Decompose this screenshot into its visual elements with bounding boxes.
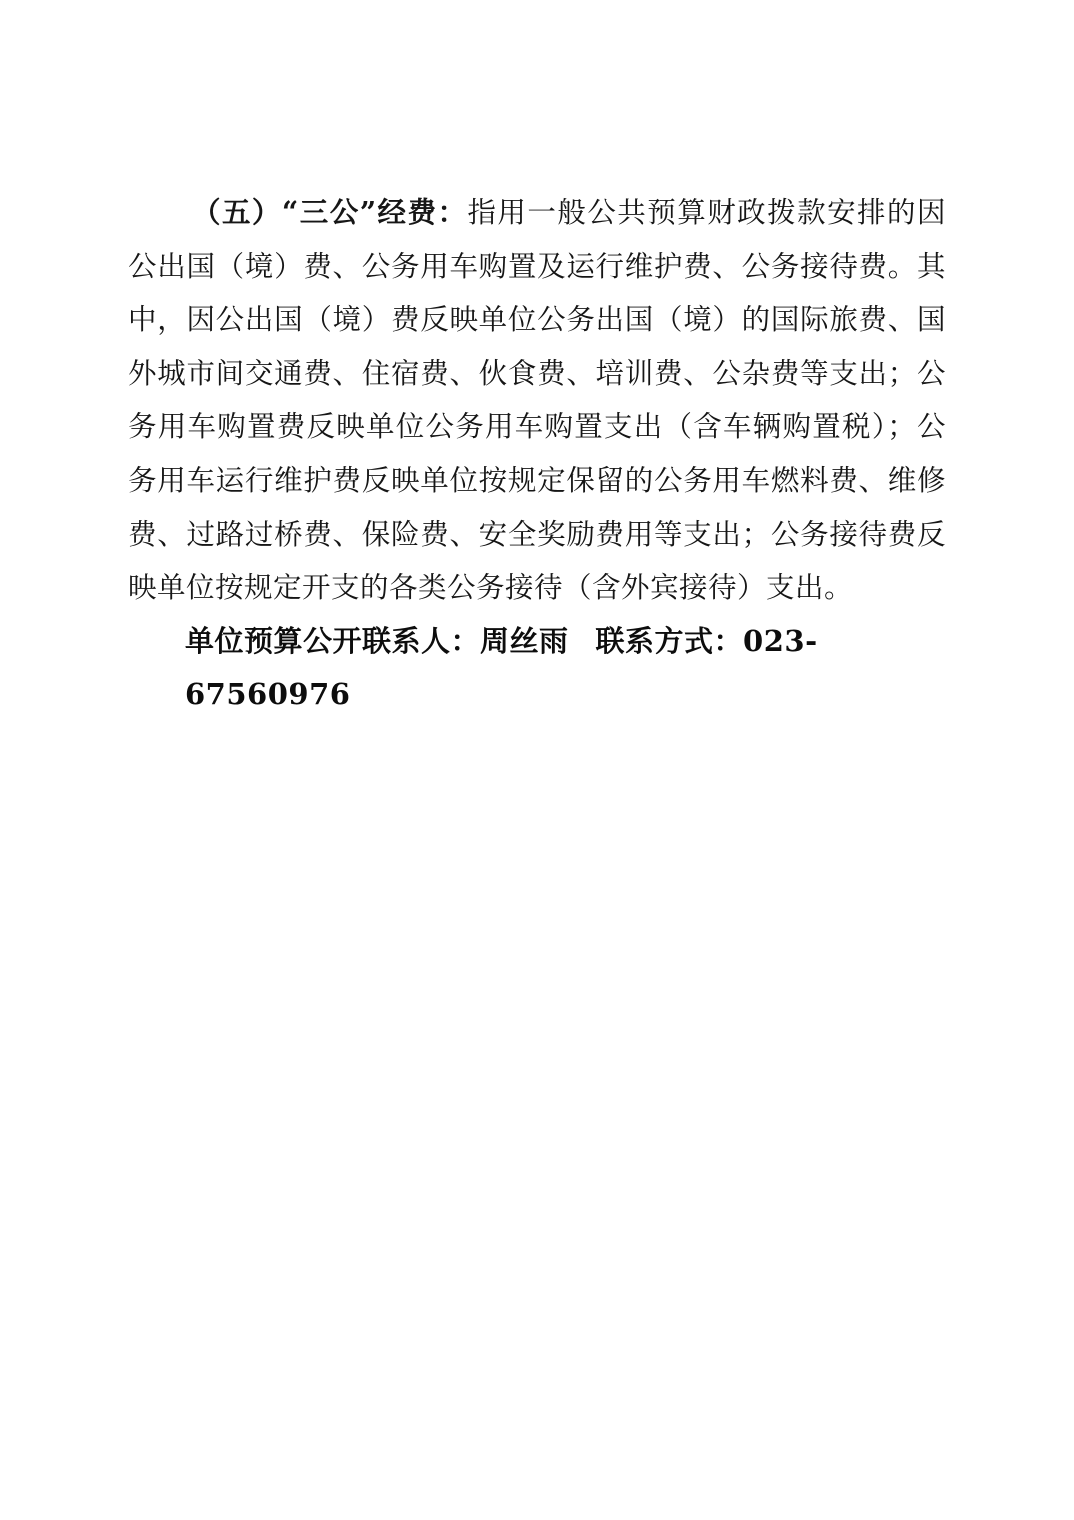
paragraph-line-6: 务用车运行维护费反映单位按规定保留的公务用车燃料费、维修 xyxy=(128,454,946,508)
paragraph-line-7: 费、过路过桥费、保险费、安全奖励费用等支出；公务接待费反 xyxy=(128,508,946,562)
paragraph-line-5: 务用车购置费反映单位公务用车购置支出（含车辆购置税）；公 xyxy=(128,400,946,454)
document-content: （五）“三公”经费：指用一般公共预算财政拨款安排的因 公出国（境）费、公务用车购… xyxy=(128,186,946,722)
contact-method-label: 联系方式： xyxy=(596,624,744,658)
document-page: （五）“三公”经费：指用一般公共预算财政拨款安排的因 公出国（境）费、公务用车购… xyxy=(0,0,1074,1520)
paragraph-lead-bold: （五）“三公”经费： xyxy=(192,195,467,229)
contact-person-label: 单位预算公开联系人： xyxy=(185,624,480,658)
paragraph-line-3: 中，因公出国（境）费反映单位公务出国（境）的国际旅费、国 xyxy=(128,293,946,347)
paragraph-line-1-text: 指用一般公共预算财政拨款安排的因 xyxy=(467,196,946,229)
paragraph-line-1: （五）“三公”经费：指用一般公共预算财政拨款安排的因 xyxy=(128,186,946,240)
contact-line: 单位预算公开联系人：周丝雨联系方式：023-67560976 xyxy=(128,615,946,722)
contact-person-name: 周丝雨 xyxy=(480,624,569,658)
three-public-funds-paragraph: （五）“三公”经费：指用一般公共预算财政拨款安排的因 公出国（境）费、公务用车购… xyxy=(128,186,946,615)
paragraph-line-2: 公出国（境）费、公务用车购置及运行维护费、公务接待费。其 xyxy=(128,240,946,294)
paragraph-line-8: 映单位按规定开支的各类公务接待（含外宾接待）支出。 xyxy=(128,561,946,615)
paragraph-line-4: 外城市间交通费、住宿费、伙食费、培训费、公杂费等支出；公 xyxy=(128,347,946,401)
